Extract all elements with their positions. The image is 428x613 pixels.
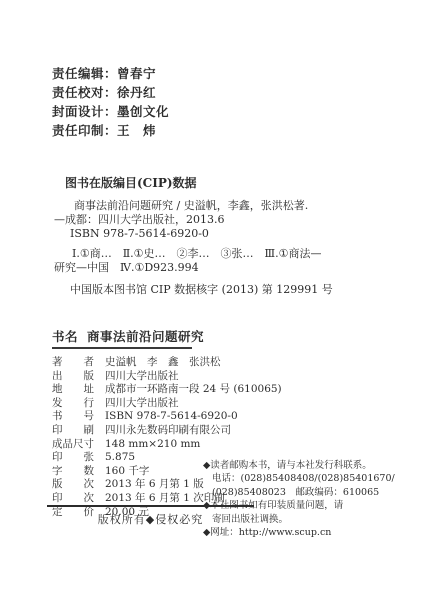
meta-row-distributor: 发 行 四川大学出版社: [52, 397, 282, 411]
meta-row-address: 地 址 成都市一环路南一段 24 号 (610065): [52, 383, 282, 397]
meta-value: 2013 年 6 月第 1 版: [105, 478, 204, 492]
notice-website-url: ◆网址：http://www.scup.cn: [203, 526, 427, 539]
meta-value: 四川永先数码印刷有限公司: [105, 424, 231, 438]
meta-row-dimensions: 成品尺寸 148 mm×210 mm: [52, 438, 282, 452]
meta-row-printer: 印 刷 四川永先数码印刷有限公司: [52, 424, 282, 438]
meta-label: 印 次: [52, 492, 98, 506]
staff-line-editor: 责任编辑：曾春宁: [52, 64, 169, 83]
cip-heading: 图书在版编目(CIP)数据: [65, 176, 382, 190]
meta-value: 5.875: [105, 451, 135, 465]
meta-value: 160 千字: [105, 465, 149, 479]
colophon-page: 责任编辑：曾春宁 责任校对：徐丹红 封面设计：墨创文化 责任印制：王 炜 图书在…: [0, 0, 428, 613]
meta-label: 成品尺寸: [52, 438, 98, 452]
cip-line-classification-2: 研究—中国 Ⅳ.①D923.994: [54, 261, 382, 275]
staff-line-proofreader: 责任校对：徐丹红: [52, 83, 169, 102]
cip-line-classification-1: Ⅰ.①商… Ⅱ.①史… ②李… ③张… Ⅲ.①商法—: [72, 247, 382, 261]
meta-label: 印 张: [52, 451, 98, 465]
meta-value: 四川大学出版社: [105, 397, 179, 411]
notice-mail-order: ◆读者邮购本书，请与本社发行科联系。: [203, 459, 427, 472]
staff-line-print-supervisor: 责任印制：王 炜: [52, 121, 169, 140]
book-title-label: 书名: [52, 329, 78, 344]
meta-label: 地 址: [52, 383, 98, 397]
cip-data-block: 图书在版编目(CIP)数据 商事法前沿问题研究 / 史溢帆，李鑫，张洪松著. —…: [52, 176, 382, 297]
meta-row-publisher: 出 版 四川大学出版社: [52, 370, 282, 384]
notice-phone-numbers: 电话：(028)85408408/(028)85401670/: [212, 472, 427, 485]
book-title-row: 书名商事法前沿问题研究: [52, 327, 204, 345]
notice-postal-code: (028)85408023 邮政编码：610065: [212, 486, 427, 499]
meta-label: 印 刷: [52, 424, 98, 438]
meta-row-isbn: 书 号 ISBN 978-7-5614-6920-0: [52, 410, 282, 424]
meta-value: 史溢帆 李 鑫 张洪松: [105, 356, 221, 370]
meta-label: 著 者: [52, 356, 98, 370]
meta-value: 成都市一环路南一段 24 号 (610065): [105, 383, 282, 397]
meta-label: 书 号: [52, 410, 98, 424]
cip-line-publisher: —成都：四川大学出版社，2013.6: [54, 213, 382, 227]
cip-record-number: 中国版本图书馆 CIP 数据核字 (2013) 第 129991 号: [70, 283, 382, 297]
meta-label: 版 次: [52, 478, 98, 492]
book-title: 商事法前沿问题研究: [87, 329, 204, 344]
meta-label: 字 数: [52, 465, 98, 479]
meta-label: 发 行: [52, 397, 98, 411]
notice-quality-exchange: ◆本社图书如有印装质量问题，请: [203, 499, 427, 512]
staff-credits-block: 责任编辑：曾春宁 责任校对：徐丹红 封面设计：墨创文化 责任印制：王 炜: [52, 64, 169, 140]
meta-value: 四川大学出版社: [105, 370, 179, 384]
title-underline-divider: [52, 347, 192, 349]
meta-row-author: 著 者 史溢帆 李 鑫 张洪松: [52, 356, 282, 370]
meta-value: 148 mm×210 mm: [105, 438, 200, 452]
notice-quality-exchange-cont: 寄回出版社调换。: [212, 513, 427, 526]
publisher-notices-block: ◆读者邮购本书，请与本社发行科联系。 电话：(028)85408408/(028…: [203, 459, 427, 539]
meta-value: ISBN 978-7-5614-6920-0: [105, 410, 238, 424]
cip-line-title-authors: 商事法前沿问题研究 / 史溢帆，李鑫，张洪松著.: [74, 199, 382, 213]
staff-line-cover-design: 封面设计：墨创文化: [52, 102, 169, 121]
meta-label: 出 版: [52, 370, 98, 384]
cip-line-isbn: ISBN 978-7-5614-6920-0: [70, 227, 382, 241]
